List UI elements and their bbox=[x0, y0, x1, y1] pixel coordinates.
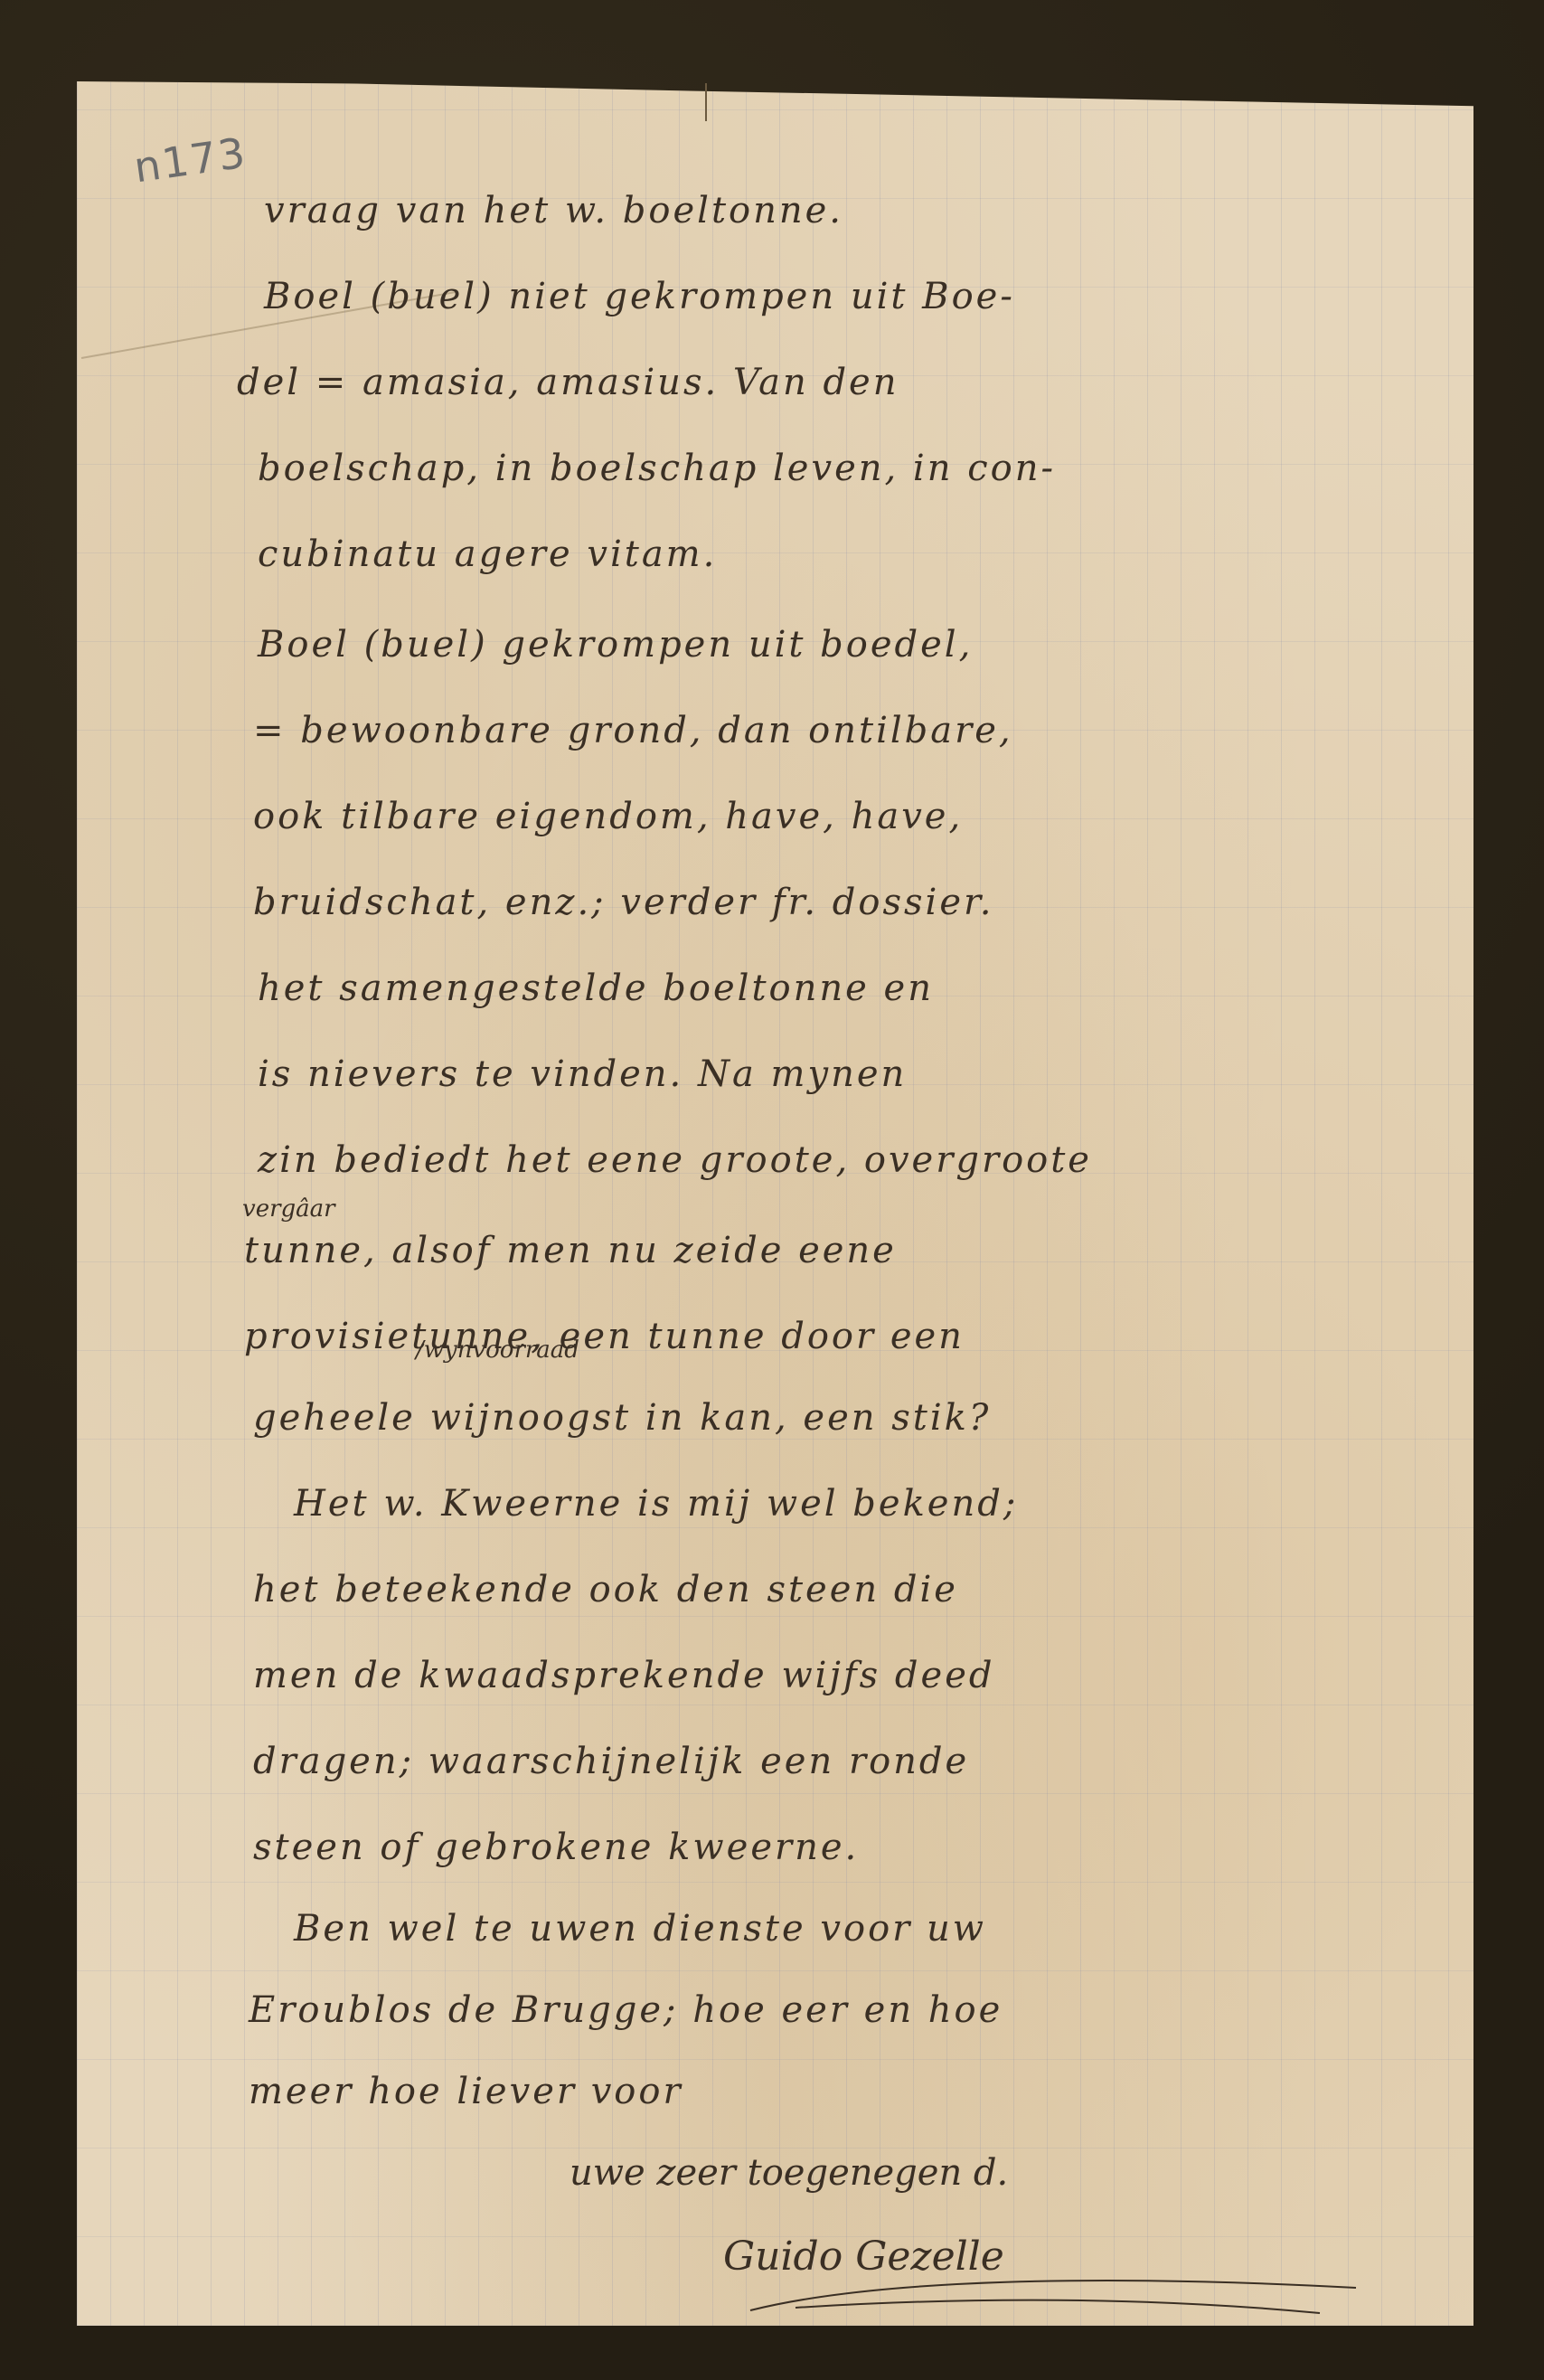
letter-line: cubinatu agere vitam. bbox=[258, 534, 717, 575]
letter-line: Eroublos de Brugge; hoe eer en hoe bbox=[249, 1989, 1003, 2031]
letter-line: zin bediedt het eene groote, overgroote bbox=[258, 1139, 1092, 1181]
interlinear-insert: vergâar bbox=[242, 1195, 335, 1223]
letter-line: is nievers te vinden. Na mynen bbox=[258, 1053, 907, 1095]
letter-line: Boel (buel) gekrompen uit boedel, bbox=[258, 624, 973, 666]
letter-line: men de kwaadsprekende wijfs deed bbox=[253, 1655, 994, 1696]
letter-line: geheele wijnoogst in kan, een stik? bbox=[253, 1397, 991, 1439]
letter-line: ook tilbare eigendom, have, have, bbox=[253, 796, 963, 837]
letter-line: dragen; waarschijnelijk een ronde bbox=[253, 1741, 969, 1782]
letter-line: del = amasia, amasius. Van den bbox=[237, 362, 899, 403]
interlinear-insert: /wynvoorraad bbox=[416, 1336, 579, 1364]
letter-line: het beteekende ook den steen die bbox=[253, 1569, 958, 1610]
letter-line: = bewoonbare grond, dan ontilbare, bbox=[253, 710, 1013, 751]
letter-line: boelschap, in boelschap leven, in con- bbox=[258, 448, 1056, 489]
signature-flourish bbox=[741, 2270, 1374, 2324]
letter-line: provisietunne, een tunne door een bbox=[244, 1316, 965, 1357]
letter-line: tunne, alsof men nu zeide eene bbox=[244, 1230, 897, 1271]
letter-line: Boel (buel) niet gekrompen uit Boe- bbox=[264, 276, 1015, 317]
letter-line: vraag van het w. boeltonne. bbox=[264, 190, 843, 231]
letter-line: Het w. Kweerne is mij wel bekend; bbox=[294, 1483, 1018, 1525]
letter-line: bruidschat, enz.; verder fr. dossier. bbox=[253, 882, 993, 923]
letter-line: Ben wel te uwen dienste voor uw bbox=[294, 1908, 986, 1950]
letter-closing: uwe zeer toegenegen d. bbox=[570, 2152, 1008, 2194]
letter-line: steen of gebrokene kweerne. bbox=[253, 1827, 859, 1868]
letter-line: meer hoe liever voor bbox=[249, 2071, 683, 2112]
paper-tear bbox=[705, 83, 707, 121]
letter-line: het samengestelde boeltonne en bbox=[258, 968, 934, 1009]
